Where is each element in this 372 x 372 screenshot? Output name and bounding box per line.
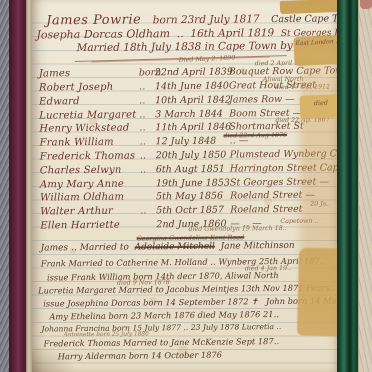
child-name: Walter Arthur xyxy=(40,205,140,217)
child-row: Edward‥10th April 1842James Row — xyxy=(39,94,295,108)
row-sep: ‥ xyxy=(139,109,155,120)
child-name: William Oldham xyxy=(40,191,140,203)
child-name: Amy Mary Anne xyxy=(40,178,140,190)
mother-sep: ‥ xyxy=(177,28,184,40)
marriage-james-prefix: James ‥ Married to xyxy=(41,243,129,254)
death-annotation: died 9 Nov 1878 xyxy=(117,279,170,287)
child-birthdate: 10th April 1842 xyxy=(155,95,229,107)
child-birthdate: 14th June 1840 xyxy=(155,81,229,93)
book-binding-edge xyxy=(337,0,358,372)
issue-amy-ethelina: Amy Ethelina born 23 March 1876 died May… xyxy=(49,309,279,321)
child-birthdate: 6th Augt 1851 xyxy=(156,164,230,176)
row-sep: ‥ xyxy=(139,136,155,147)
child-birthdate: 11th April 1846 xyxy=(155,122,229,134)
mother-name: Josepha Dorcas Oldham xyxy=(36,27,170,41)
child-birthplace: Roeland Street xyxy=(230,204,302,216)
child-row: Walter Arthur‥5th Octr 1857Roeland Stree… xyxy=(40,204,302,218)
child-name: Charles Selwyn xyxy=(40,164,140,176)
issue-josephina-text: issue Josephina Dorcas born 14 September… xyxy=(43,296,248,308)
child-name: Henry Wickstead xyxy=(39,122,139,134)
child-name: Lucretia Margaret xyxy=(39,109,139,121)
row-sep: ‥ xyxy=(140,150,156,161)
child-birthdate: 19th June 1853 xyxy=(156,178,230,190)
tape-repair: East London ‥ xyxy=(293,35,342,66)
child-birthdate: 5th May 1856 xyxy=(156,191,230,203)
child-name: Frederick Thomas xyxy=(40,150,140,162)
child-row: William Oldham5th May 1856Roeland Street… xyxy=(40,190,315,204)
page-corner-shadow xyxy=(32,344,76,372)
tape-repair: died xyxy=(300,94,343,118)
row-sep: born xyxy=(139,67,155,78)
marriage-james-struck: Adelaide Mitchell xyxy=(135,242,215,253)
father-name: James Powrie xyxy=(46,12,141,28)
patch-note: East London ‥ xyxy=(295,38,339,47)
child-row: Amy Mary Anne19th June 1853St Georges St… xyxy=(40,176,329,190)
death-annotation: died 4 Jan 19‥ xyxy=(245,265,291,272)
child-birthdate: 3 March 1844 xyxy=(155,109,229,121)
marriage-lucretia: Lucretia Margaret Married to Jacobus Mei… xyxy=(38,282,335,295)
patch-note: died xyxy=(314,99,329,107)
row-sep: ‥ xyxy=(139,95,155,106)
father-born: born 23rd July 1817 xyxy=(153,13,260,26)
child-birthdate: 20th July 1850 xyxy=(156,150,230,162)
row-sep: ‥ xyxy=(139,122,155,133)
issue-harry: Harry Alderman born 14 October 1876 xyxy=(58,350,222,362)
tape-repair xyxy=(280,0,340,14)
book-cover-texture xyxy=(0,0,9,372)
child-birthdate: 12 July 1848 xyxy=(155,136,229,148)
child-name: Robert Joseph xyxy=(39,81,139,93)
register-photo: James Powrie born 23rd July 1817 Castle … xyxy=(0,0,372,372)
handwritten-content: James Powrie born 23rd July 1817 Castle … xyxy=(30,0,339,372)
death-annotation: Died May 2. 1890 xyxy=(179,54,236,64)
child-birthplace: James Row — xyxy=(229,94,295,106)
row-sep: ‥ xyxy=(140,205,156,216)
marriage-james-suffix: Jane Mitchinson xyxy=(221,241,295,252)
child-row: Lucretia Margaret‥3 March 1844Boom Stree… xyxy=(39,108,302,122)
child-name: Frank William xyxy=(39,136,139,148)
place-annotation: Aliwal North xyxy=(263,76,304,83)
child-birthdate: 22nd April 1839 xyxy=(155,67,229,79)
register-page: James Powrie born 23rd July 1817 Castle … xyxy=(32,0,337,372)
cross-icon: ✝ xyxy=(251,296,258,306)
page-corner-marker xyxy=(360,0,372,9)
row-sep: ‥ xyxy=(139,81,155,92)
death-annotation: died Gwendolyn 19 March 18‥ xyxy=(188,225,287,233)
child-birthdate: 5th Octr 1857 xyxy=(156,205,230,217)
death-annotation: died 23rd Aug 1876 xyxy=(223,132,287,140)
child-name: James xyxy=(39,67,139,79)
child-name: Edward xyxy=(39,95,139,107)
row-sep: ‥ xyxy=(140,164,156,175)
child-row: Frank William‥12 July 1848‥ — xyxy=(39,135,248,148)
marriage-james: James ‥ Married to Adelaide Mitchell Jan… xyxy=(41,241,295,254)
book-spine xyxy=(9,0,26,372)
adjacent-page xyxy=(358,0,372,372)
child-name: Ellen Harriette xyxy=(40,219,140,231)
mother-birthdate: 16th April 1819 xyxy=(190,27,274,40)
marriage-frederick: Frederick Thomas Married to Jane McKenzi… xyxy=(44,336,280,348)
